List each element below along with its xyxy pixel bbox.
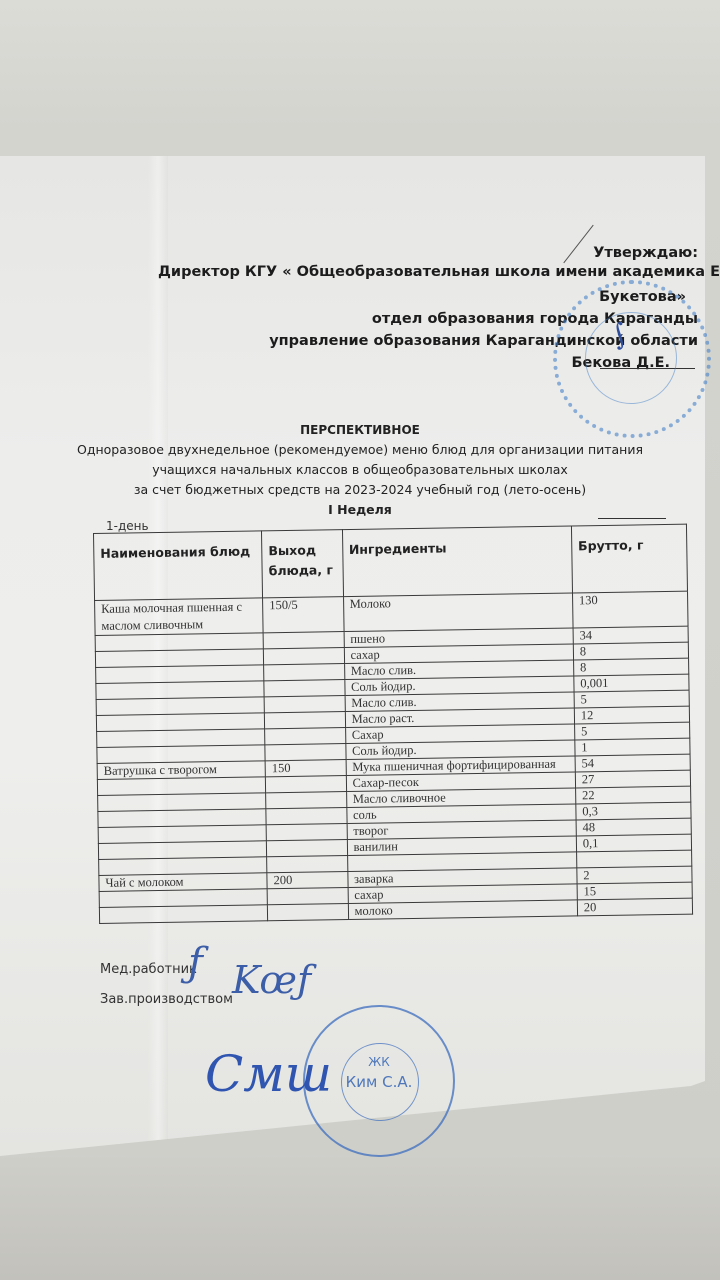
cell-gross — [576, 850, 691, 868]
stamp-inner-ring — [585, 312, 677, 404]
cell-yield: 150/5 — [263, 597, 344, 633]
cell-dish — [99, 905, 267, 924]
cell-dish: Каша молочная пшенная с маслом сливочным — [95, 598, 264, 636]
title-perspective: ПЕРСПЕКТИВНОЕ — [0, 420, 720, 440]
kim-signature-icon: Cмш — [205, 1045, 332, 1103]
menu-table: Наименования блюд Выход блюда, г Ингреди… — [93, 524, 693, 924]
cell-yield — [264, 712, 345, 729]
cell-gross: 20 — [577, 898, 692, 916]
cell-yield: 150 — [265, 760, 346, 777]
document-title: ПЕРСПЕКТИВНОЕ Одноразовое двухнедельное … — [0, 420, 720, 520]
cell-gross: 8 — [573, 642, 688, 660]
header-gross: Брутто, г — [571, 524, 687, 593]
cell-yield: 200 — [267, 872, 348, 889]
cell-gross: 2 — [577, 866, 692, 884]
cell-ingredient: Молоко — [343, 593, 573, 632]
cell-gross: 5 — [574, 690, 689, 708]
production-head-label: Зав.производством — [100, 992, 233, 1007]
cell-gross: 15 — [577, 882, 692, 900]
table-header-row: Наименования блюд Выход блюда, г Ингреди… — [94, 524, 688, 600]
cell-gross: 54 — [575, 754, 690, 772]
cell-yield — [265, 776, 346, 793]
cell-yield — [264, 664, 345, 681]
cell-yield — [265, 728, 346, 745]
cell-yield — [264, 680, 345, 697]
header-ingredients: Ингредиенты — [342, 526, 572, 597]
header-dish: Наименования блюд — [94, 531, 263, 601]
title-week: I Неделя — [0, 500, 720, 520]
day-blank-line — [598, 518, 666, 519]
cell-gross: 130 — [572, 591, 688, 628]
cell-yield — [266, 824, 347, 841]
cell-gross: 34 — [573, 626, 688, 644]
cell-yield — [266, 840, 347, 857]
day-label: 1-день — [106, 519, 149, 533]
med-worker-label: Мед.работник — [100, 962, 197, 977]
cell-gross: 0,1 — [576, 834, 691, 852]
approval-block: Утверждаю: — [593, 242, 698, 264]
cell-gross: 5 — [574, 722, 689, 740]
cell-yield — [263, 632, 344, 649]
cell-gross: 48 — [576, 818, 691, 836]
cell-yield — [267, 904, 348, 921]
title-line-4: за счет бюджетных средств на 2023-2024 у… — [0, 480, 720, 500]
title-line-3: учащихся начальных классов в общеобразов… — [0, 460, 720, 480]
med-signature-icon: ƒ — [188, 940, 203, 986]
title-line-2: Одноразовое двухнедельное (рекомендуемое… — [0, 440, 720, 460]
header-yield: Выход блюда, г — [262, 530, 344, 598]
cell-gross: 12 — [574, 706, 689, 724]
cell-gross: 0,001 — [574, 674, 689, 692]
stamp-director — [553, 280, 711, 438]
cell-gross: 22 — [575, 786, 690, 804]
cell-gross: 27 — [575, 770, 690, 788]
cell-yield — [263, 648, 344, 665]
cell-yield — [266, 792, 347, 809]
cell-yield — [264, 696, 345, 713]
cell-yield — [266, 808, 347, 825]
director-line: Директор КГУ « Общеобразовательная школа… — [158, 264, 720, 280]
cell-gross: 8 — [573, 658, 688, 676]
cell-gross: 1 — [575, 738, 690, 756]
cell-yield — [265, 744, 346, 761]
cell-ingredient: молоко — [348, 900, 577, 920]
menu-table-body: Каша молочная пшенная с маслом сливочным… — [95, 591, 693, 923]
cell-yield — [267, 856, 348, 873]
production-signature-icon: Kœƒ — [232, 958, 311, 1002]
cell-gross: 0,3 — [576, 802, 691, 820]
approve-label: Утверждаю: — [593, 242, 698, 264]
cell-yield — [267, 888, 348, 905]
